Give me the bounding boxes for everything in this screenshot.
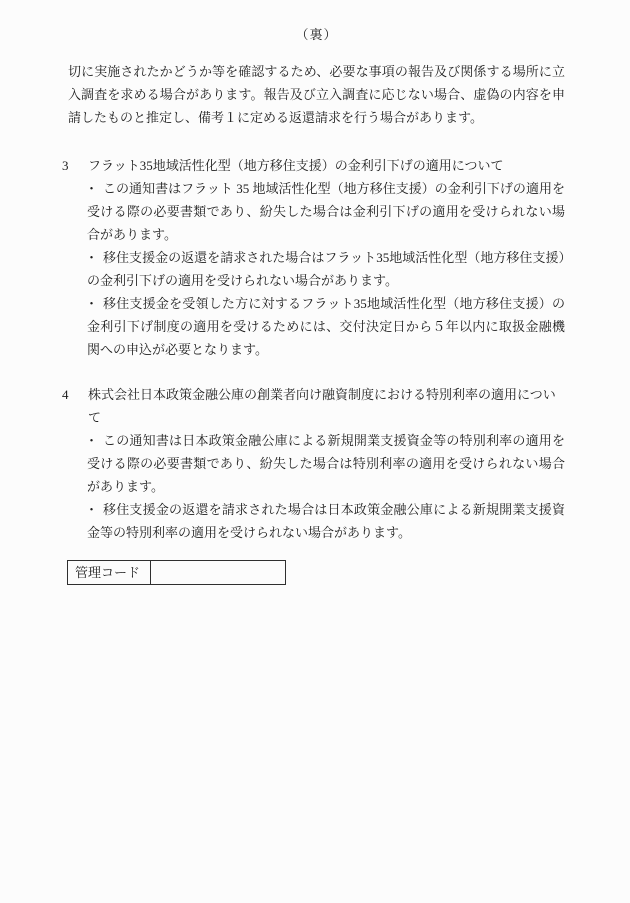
section-3-bullet-2: ・ 移住支援金の返還を請求された場合はフラット35地域活性化型（地方移住支援）の… xyxy=(87,246,565,292)
section-4-title: 株式会社日本政策金融公庫の創業者向け融資制度における特別利率の適用について xyxy=(88,387,556,425)
section-4-heading: 4 株式会社日本政策金融公庫の創業者向け融資制度における特別利率の適用について xyxy=(68,383,565,429)
bullet-text: 移住支援金を受領した方に対するフラット35地域活性化型（地方移住支援）の金利引下… xyxy=(87,296,565,357)
document-page: （裏） 切に実施されたかどうか等を確認するため、必要な事項の報告及び関係する場所… xyxy=(0,0,630,903)
bullet-marker: ・ xyxy=(85,246,98,269)
management-code-row: 管理コード xyxy=(68,561,286,585)
management-code-value xyxy=(151,561,286,585)
section-3-bullet-3: ・ 移住支援金を受領した方に対するフラット35地域活性化型（地方移住支援）の金利… xyxy=(87,292,565,361)
intro-paragraph: 切に実施されたかどうか等を確認するため、必要な事項の報告及び関係する場所に立入調… xyxy=(68,60,565,129)
section-3-bullet-1: ・ この通知書はフラット 35 地域活性化型（地方移住支援）の金利引下げの適用を… xyxy=(87,177,565,246)
page-side-label: （裏） xyxy=(68,23,565,46)
bullet-marker: ・ xyxy=(85,429,98,452)
section-4-bullet-2: ・ 移住支援金の返還を請求された場合は日本政策金融公庫による新規開業支援資金等の… xyxy=(87,498,565,544)
section-3-title: フラット35地域活性化型（地方移住支援）の金利引下げの適用について xyxy=(88,158,503,173)
bullet-text: 移住支援金の返還を請求された場合は日本政策金融公庫による新規開業支援資金等の特別… xyxy=(87,502,565,540)
section-3-number: 3 xyxy=(62,154,69,177)
section-3: 3 フラット35地域活性化型（地方移住支援）の金利引下げの適用について ・ この… xyxy=(68,154,565,361)
bullet-text: この通知書はフラット 35 地域活性化型（地方移住支援）の金利引下げの適用を受け… xyxy=(87,181,565,242)
bullet-text: 移住支援金の返還を請求された場合はフラット35地域活性化型（地方移住支援）の金利… xyxy=(87,250,565,288)
bullet-marker: ・ xyxy=(85,292,98,315)
bullet-marker: ・ xyxy=(85,177,98,200)
section-4-number: 4 xyxy=(62,383,69,406)
section-4: 4 株式会社日本政策金融公庫の創業者向け融資制度における特別利率の適用について … xyxy=(68,383,565,544)
management-code-label: 管理コード xyxy=(68,561,151,585)
bullet-text: この通知書は日本政策金融公庫による新規開業支援資金等の特別利率の適用を受ける際の… xyxy=(87,433,565,494)
section-3-heading: 3 フラット35地域活性化型（地方移住支援）の金利引下げの適用について xyxy=(68,154,565,177)
section-4-bullet-1: ・ この通知書は日本政策金融公庫による新規開業支援資金等の特別利率の適用を受ける… xyxy=(87,429,565,498)
bullet-marker: ・ xyxy=(85,498,98,521)
management-code-table: 管理コード xyxy=(67,560,286,585)
